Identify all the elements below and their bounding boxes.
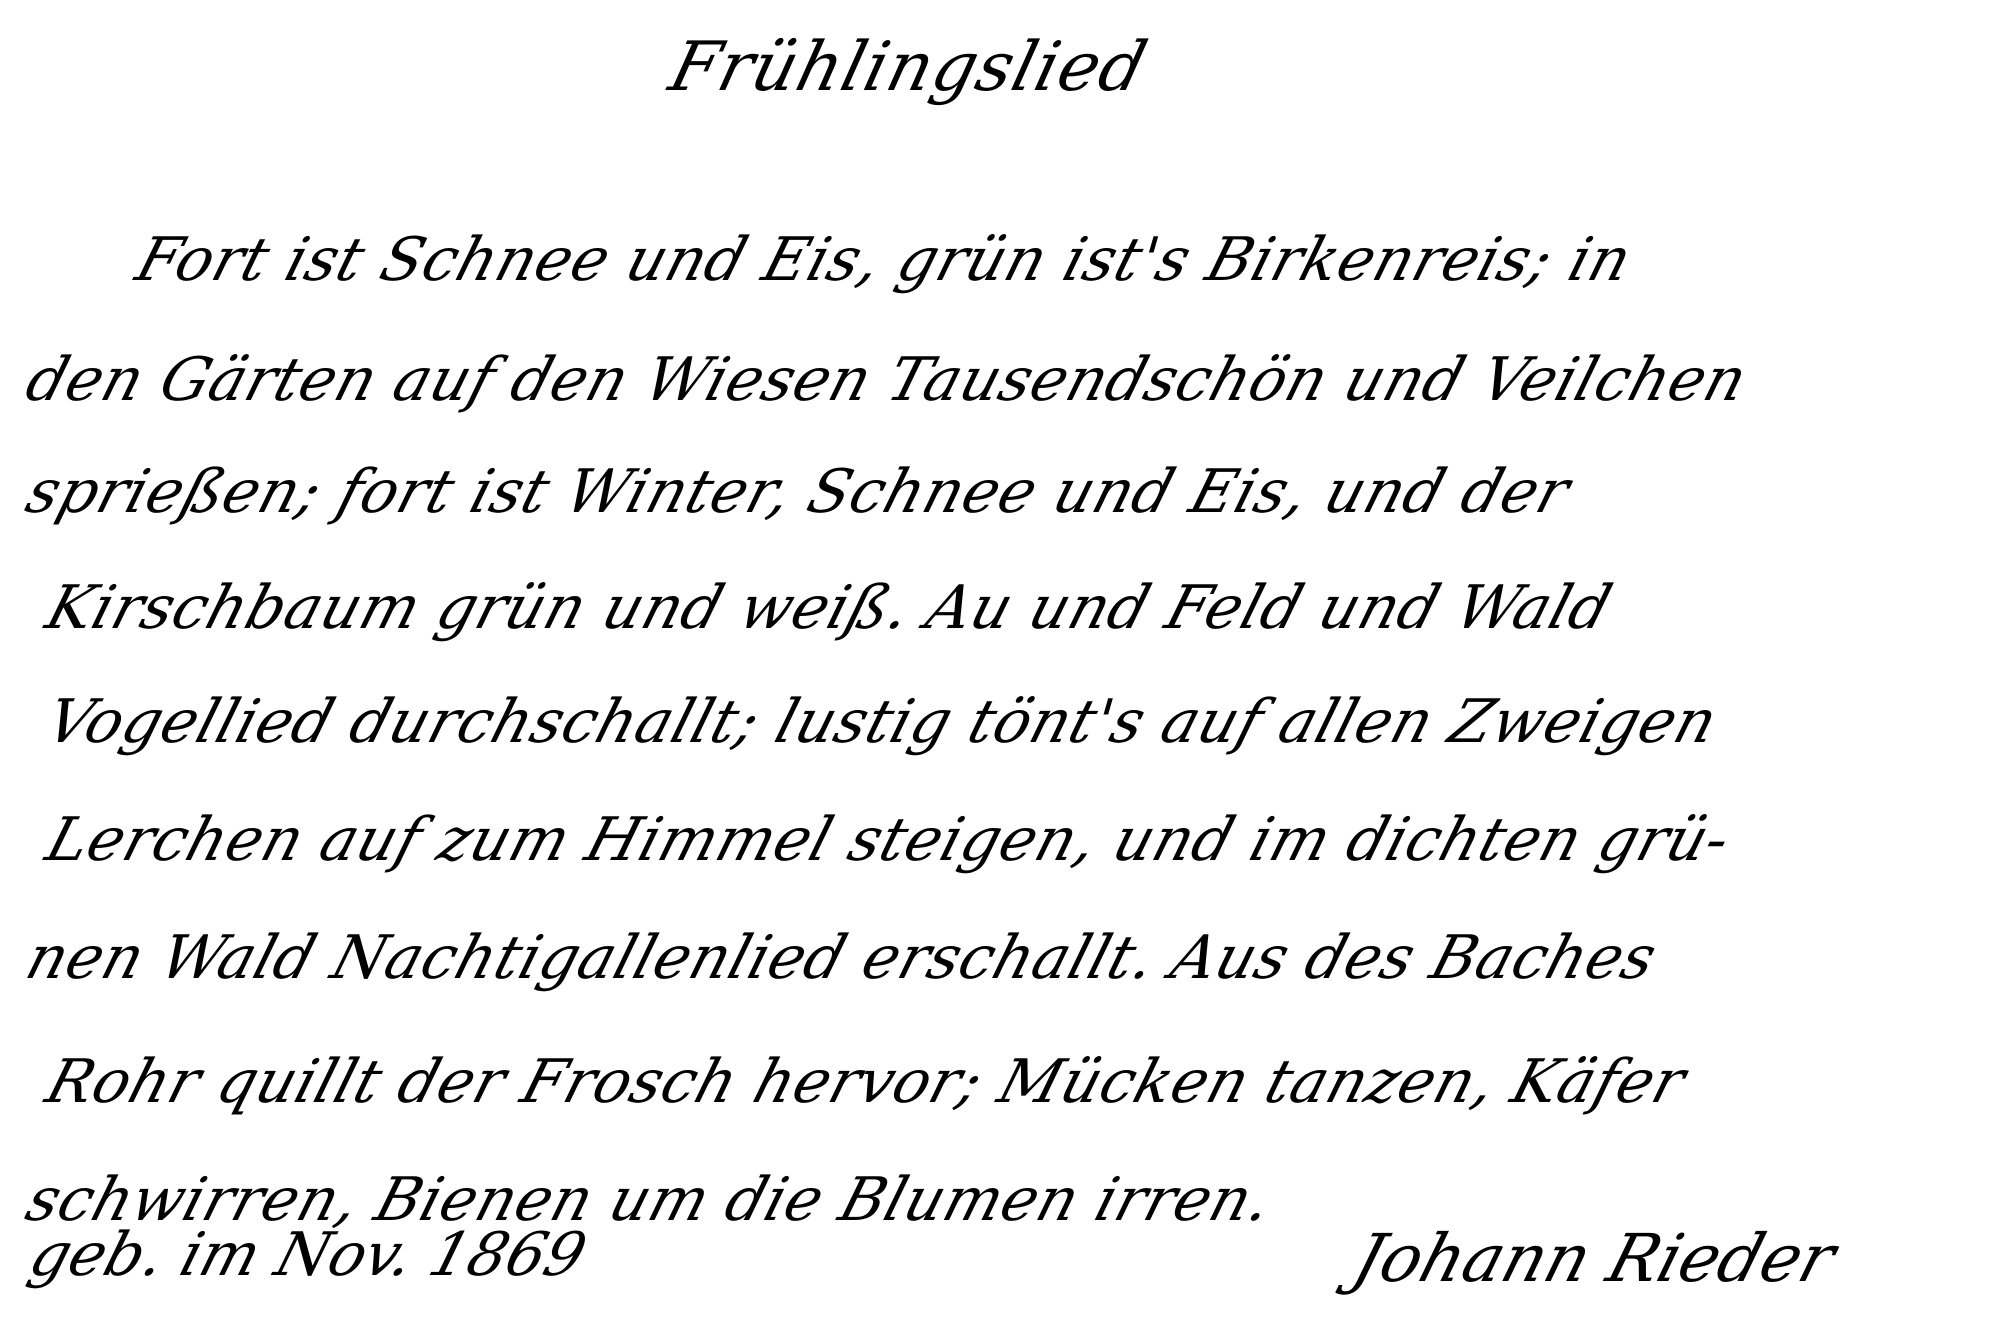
poem-line-7: nen Wald Nachtigallenlied erschallt. Aus…: [20, 928, 1663, 988]
poem-line-6: Lerchen auf zum Himmel steigen, und im d…: [40, 810, 1737, 870]
poem-line-4: Kirschbaum grün und weiß. Au und Feld un…: [40, 578, 1618, 638]
author-signature: Johann Rieder: [1345, 1220, 1844, 1297]
poem-line-1: Fort ist Schnee und Eis, grün ist's Birk…: [130, 230, 1638, 290]
birth-date-note: geb. im Nov. 1869: [22, 1220, 594, 1290]
handwritten-page: Frühlingslied Fort ist Schnee und Eis, g…: [0, 0, 1997, 1337]
poem-line-8: Rohr quillt der Frosch hervor; Mücken ta…: [40, 1052, 1692, 1112]
poem-line-2: den Gärten auf den Wiesen Tausendschön u…: [20, 350, 1754, 410]
poem-line-3: sprießen; fort ist Winter, Schnee und Ei…: [20, 462, 1576, 522]
poem-title: Frühlingslied: [0, 28, 1997, 107]
poem-line-5: Vogellied durchschallt; lustig tönt's au…: [40, 692, 1724, 752]
